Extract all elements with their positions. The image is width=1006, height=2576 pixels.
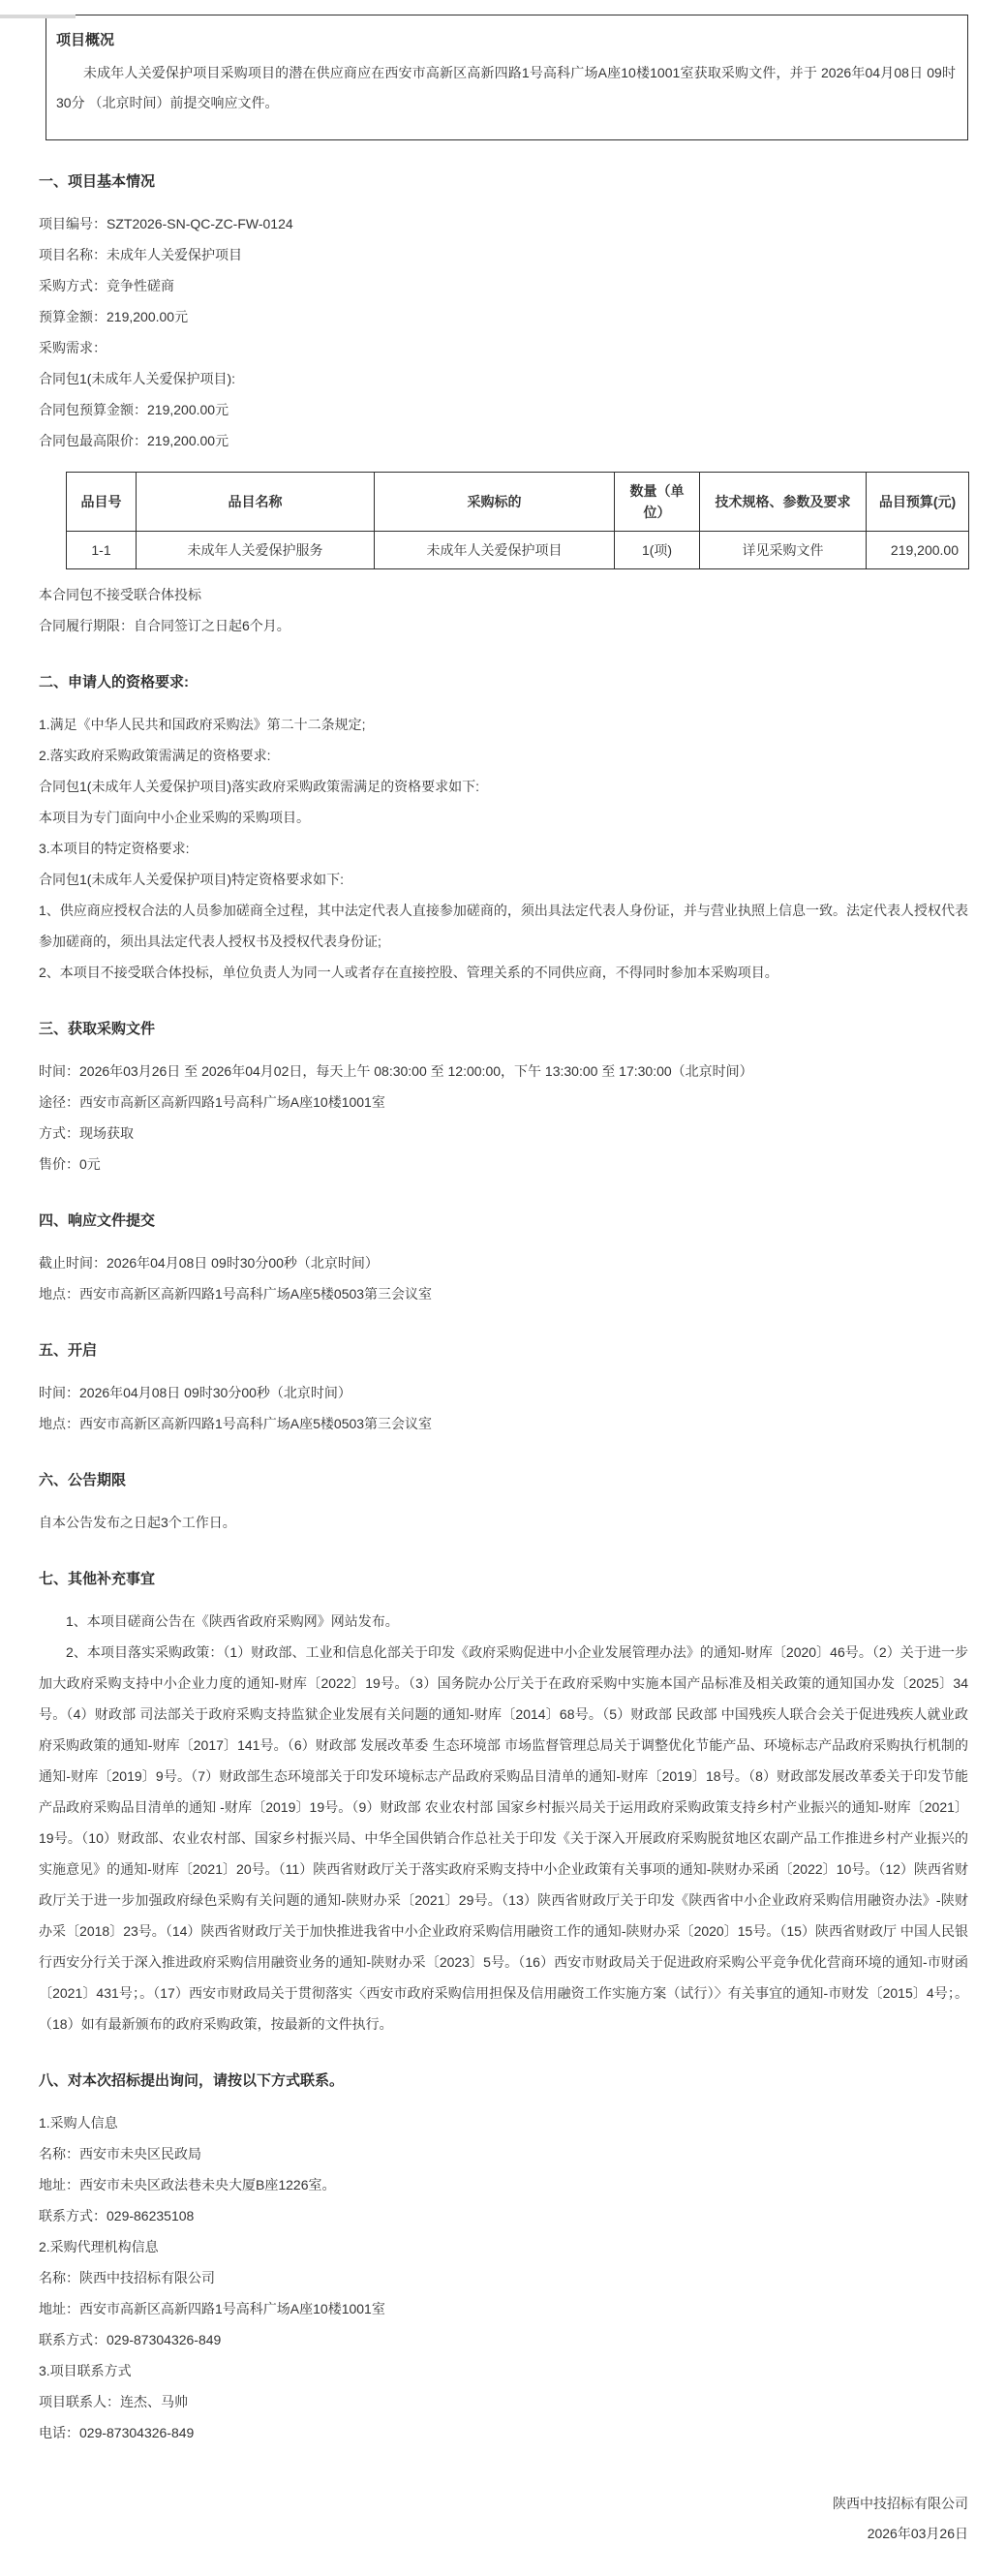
agency-info-title: 2.采购代理机构信息 — [39, 2231, 968, 2262]
buyer-info-title: 1.采购人信息 — [39, 2107, 968, 2138]
cell-item-name: 未成年人关爱保护服务 — [137, 532, 375, 569]
project-contact-person: 项目联系人：连杰、马帅 — [39, 2386, 968, 2417]
opening-time: 时间：2026年04月08日 09时30分00秒（北京时间） — [39, 1377, 968, 1408]
section-8-heading: 八、对本次招标提出询问，请按以下方式联系。 — [39, 2069, 968, 2094]
section-7-heading: 七、其他补充事宜 — [39, 1567, 968, 1592]
qualification-item-1: 1.满足《中华人民共和国政府采购法》第二十二条规定; — [39, 709, 968, 740]
document-channel: 途径：西安市高新区高新四路1号高科广场A座10楼1001室 — [39, 1087, 968, 1118]
col-header-subject: 采购标的 — [375, 473, 615, 532]
buyer-address: 地址：西安市未央区政法巷未央大厦B座1226室。 — [39, 2169, 968, 2200]
submission-place: 地点：西安市高新区高新四路1号高科广场A座5楼0503第三会议室 — [39, 1278, 968, 1309]
project-contact-phone: 电话：029-87304326-849 — [39, 2417, 968, 2448]
qualification-item-2-sub-2: 本项目为专门面向中小企业采购的采购项目。 — [39, 802, 968, 833]
cell-specs: 详见采购文件 — [700, 532, 867, 569]
section-6-heading: 六、公告期限 — [39, 1468, 968, 1493]
agency-name: 名称：陕西中技招标有限公司 — [39, 2262, 968, 2293]
note-no-consortium: 本合同包不接受联合体投标 — [39, 579, 968, 610]
table-header-row: 品目号 品目名称 采购标的 数量（单位） 技术规格、参数及要求 品目预算(元) — [67, 473, 969, 532]
procurement-items-table: 品目号 品目名称 采购标的 数量（单位） 技术规格、参数及要求 品目预算(元) … — [66, 472, 969, 569]
qualification-item-3-sub-1: 合同包1(未成年人关爱保护项目)特定资格要求如下: — [39, 864, 968, 895]
contract-package: 合同包1(未成年人关爱保护项目): — [39, 363, 968, 394]
announcement-document: 项目概况 未成年人关爱保护项目采购项目的潜在供应商应在西安市高新区高新四路1号高… — [0, 15, 1006, 2576]
section-2-heading: 二、申请人的资格要求: — [39, 670, 968, 695]
overview-body: 未成年人关爱保护项目采购项目的潜在供应商应在西安市高新区高新四路1号高科广场A座… — [56, 58, 956, 118]
cell-item-no: 1-1 — [67, 532, 137, 569]
col-header-quantity: 数量（单位） — [615, 473, 700, 532]
qualification-item-2: 2.落实政府采购政策需满足的资格要求: — [39, 740, 968, 771]
package-max-price: 合同包最高限价：219,200.00元 — [39, 425, 968, 456]
signature-block: 陕西中技招标有限公司 2026年03月26日 — [39, 2489, 968, 2549]
qualification-item-3-sub-3: 2、本项目不接受联合体投标，单位负责人为同一人或者存在直接控股、管理关系的不同供… — [39, 957, 968, 988]
document-time: 时间：2026年03月26日 至 2026年04月02日，每天上午 08:30:… — [39, 1056, 968, 1087]
cell-quantity: 1(项) — [615, 532, 700, 569]
signature-date: 2026年03月26日 — [39, 2519, 968, 2549]
cell-item-budget: 219,200.00 — [867, 532, 969, 569]
document-method: 方式：现场获取 — [39, 1118, 968, 1149]
signature-company: 陕西中技招标有限公司 — [39, 2489, 968, 2519]
announcement-period: 自本公告发布之日起3个工作日。 — [39, 1507, 968, 1538]
section-3-heading: 三、获取采购文件 — [39, 1017, 968, 1042]
qualification-item-2-sub-1: 合同包1(未成年人关爱保护项目)落实政府采购政策需满足的资格要求如下: — [39, 771, 968, 802]
project-contact-title: 3.项目联系方式 — [39, 2355, 968, 2386]
qualification-item-3: 3.本项目的特定资格要求: — [39, 833, 968, 864]
supplementary-item-2-policies: 2、本项目落实采购政策：（1）财政部、工业和信息化部关于印发《政府采购促进中小企… — [39, 1637, 968, 2039]
col-header-item-no: 品目号 — [67, 473, 137, 532]
overview-title: 项目概况 — [56, 29, 956, 52]
col-header-item-name: 品目名称 — [137, 473, 375, 532]
buyer-name: 名称：西安市未央区民政局 — [39, 2138, 968, 2169]
buyer-phone: 联系方式：029-86235108 — [39, 2200, 968, 2231]
agency-phone: 联系方式：029-87304326-849 — [39, 2324, 968, 2355]
supplementary-item-1: 1、本项目磋商公告在《陕西省政府采购网》网站发布。 — [39, 1606, 968, 1637]
table-row: 1-1 未成年人关爱保护服务 未成年人关爱保护项目 1(项) 详见采购文件 21… — [67, 532, 969, 569]
submission-deadline: 截止时间：2026年04月08日 09时30分00秒（北京时间） — [39, 1247, 968, 1278]
package-budget: 合同包预算金额：219,200.00元 — [39, 394, 968, 425]
section-4-heading: 四、响应文件提交 — [39, 1209, 968, 1234]
section-5-heading: 五、开启 — [39, 1338, 968, 1364]
agency-address: 地址：西安市高新区高新四路1号高科广场A座10楼1001室 — [39, 2293, 968, 2324]
cell-subject: 未成年人关爱保护项目 — [375, 532, 615, 569]
col-header-item-budget: 品目预算(元) — [867, 473, 969, 532]
procurement-method: 采购方式：竞争性磋商 — [39, 270, 968, 301]
opening-place: 地点：西安市高新区高新四路1号高科广场A座5楼0503第三会议室 — [39, 1408, 968, 1439]
col-header-specs: 技术规格、参数及要求 — [700, 473, 867, 532]
project-number: 项目编号：SZT2026-SN-QC-ZC-FW-0124 — [39, 208, 968, 239]
procurement-demand-label: 采购需求： — [39, 332, 968, 363]
qualification-item-3-sub-2: 1、供应商应授权合法的人员参加磋商全过程，其中法定代表人直接参加磋商的，须出具法… — [39, 895, 968, 957]
note-contract-duration: 合同履行期限：自合同签订之日起6个月。 — [39, 610, 968, 641]
section-1-heading: 一、项目基本情况 — [39, 169, 968, 195]
project-name: 项目名称：未成年人关爱保护项目 — [39, 239, 968, 270]
budget-amount: 预算金额：219,200.00元 — [39, 301, 968, 332]
project-overview-box: 项目概况 未成年人关爱保护项目采购项目的潜在供应商应在西安市高新区高新四路1号高… — [46, 15, 968, 140]
document-price: 售价：0元 — [39, 1149, 968, 1180]
top-edge-fragment — [0, 15, 76, 18]
